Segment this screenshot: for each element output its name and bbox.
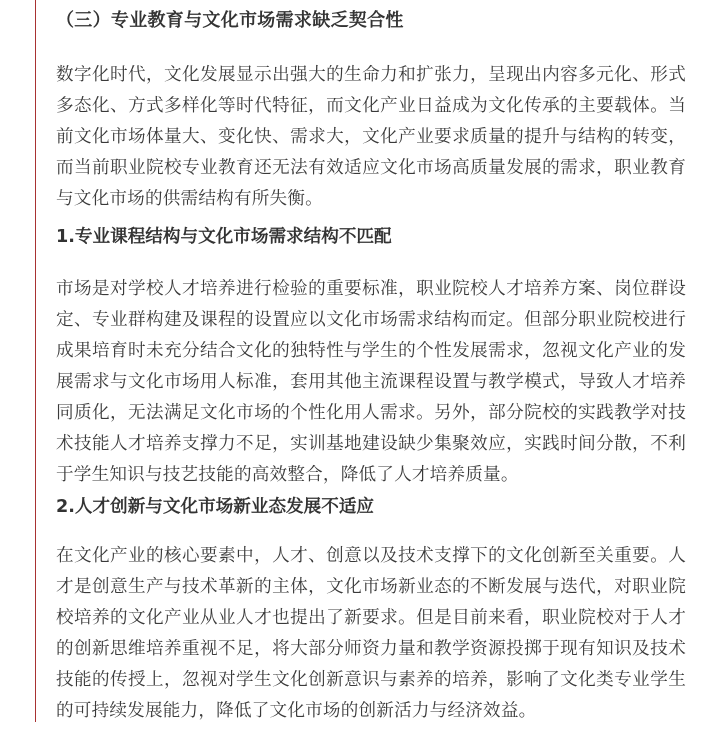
subsection-heading-1: 1.专业课程结构与文化市场需求结构不匹配 <box>56 223 392 248</box>
section-title: （三）专业教育与文化市场需求缺乏契合性 <box>56 6 404 32</box>
left-accent-rule <box>35 0 36 722</box>
subsection-paragraph-2: 在文化产业的核心要素中，人才、创意以及技术支撑下的文化创新至关重要。人才是创意生… <box>56 541 686 727</box>
subsection-paragraph-1: 市场是对学校人才培养进行检验的重要标准，职业院校人才培养方案、岗位群设定、专业群… <box>56 274 686 491</box>
intro-paragraph: 数字化时代，文化发展显示出强大的生命力和扩张力，呈现出内容多元化、形式多态化、方… <box>56 60 686 215</box>
subsection-heading-2: 2.人才创新与文化市场新业态发展不适应 <box>56 493 374 518</box>
